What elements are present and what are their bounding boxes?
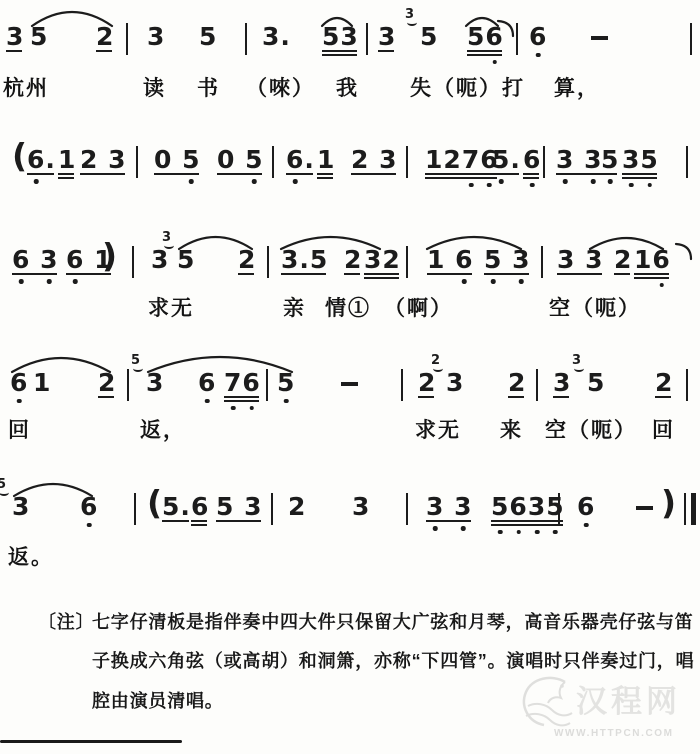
note-digit: 6 (509, 495, 527, 519)
octave-dot (553, 530, 558, 535)
duration-underline (6, 50, 22, 52)
note-token: 53 (420, 25, 438, 49)
note-token: 1 (58, 148, 76, 172)
note-token: 6. (27, 148, 56, 172)
note-digit: 3 (364, 248, 382, 272)
octave-dot (487, 183, 492, 188)
duration-underline (491, 524, 563, 526)
octave-dot (461, 526, 466, 531)
note-digit: 3 (244, 495, 262, 519)
duration-underline (601, 173, 617, 175)
note-digit: 3 (512, 248, 530, 272)
note-token: 6 (10, 371, 28, 395)
footnote-label: 〔注〕 (38, 608, 94, 634)
barline (686, 146, 688, 178)
note-digit: 0 (154, 148, 172, 172)
duration-underline (224, 396, 259, 398)
lyric-syllable: 求无 (415, 414, 461, 444)
note-token: 5 (199, 25, 217, 49)
duration-underline (217, 173, 262, 175)
note-digit (444, 495, 454, 519)
note-token: 6 (523, 148, 541, 172)
octave-dot (491, 279, 496, 284)
octave-dot (563, 179, 568, 184)
note-token: 35 (12, 495, 30, 519)
note-digit: 2 (351, 148, 369, 172)
lyric-syllable: 书 (197, 72, 220, 102)
duration-underline (27, 173, 54, 175)
duration-underline (351, 173, 396, 175)
barline (558, 493, 560, 525)
dash-note (591, 36, 608, 40)
octave-dot (530, 183, 535, 188)
note-digit: 3 (262, 25, 280, 49)
note-token: 2 (98, 371, 116, 395)
note-digit: ) (661, 491, 677, 515)
octave-dot (469, 183, 474, 188)
note-digit: 3 (379, 148, 397, 172)
note-digit (84, 248, 94, 272)
note-digit: 6 (80, 495, 98, 519)
note-digit: 3 (146, 371, 164, 395)
note-digit: 6 (523, 148, 541, 172)
note-token: 6 (577, 495, 595, 519)
duration-underline (12, 273, 57, 275)
barline (366, 23, 368, 55)
octave-dot (17, 399, 22, 404)
note-token: 5. (492, 148, 521, 172)
note-digit: 3 (557, 248, 575, 272)
note-digit: 6 (191, 495, 209, 519)
note-token: 2 (418, 371, 436, 395)
note-token: 2 3 (80, 148, 127, 172)
duration-underline (491, 520, 563, 522)
note-token: 5 3 (216, 495, 263, 519)
note-digit: 1 (634, 248, 652, 272)
note-digit: 3 (340, 25, 358, 49)
octave-dot (252, 179, 257, 184)
duration-underline (622, 173, 657, 175)
note-token: 3. (262, 25, 291, 49)
note-token: 6 (80, 495, 98, 519)
note-digit: 6 (66, 248, 84, 272)
duration-underline (344, 273, 360, 275)
note-digit: 5 (546, 495, 564, 519)
note-digit: 6 (27, 148, 45, 172)
note-digit: 3 (151, 248, 169, 272)
duration-underline (216, 520, 261, 522)
note-digit: 3 (528, 495, 546, 519)
note-token: 5 3 (484, 248, 531, 272)
lyric-syllable: 返， (140, 414, 186, 444)
lyric-syllable: 亲 (283, 292, 306, 322)
barline (126, 23, 128, 55)
note-token: 35 (622, 148, 659, 172)
duration-underline (467, 54, 502, 56)
note-token: 53 (322, 25, 359, 49)
lyric-syllable: 求无 (148, 292, 194, 322)
note-token: 6 3 (12, 248, 59, 272)
duration-underline (523, 177, 539, 179)
octave-dot (73, 279, 78, 284)
note-digit: 1 (58, 148, 76, 172)
octave-dot (629, 183, 634, 188)
octave-dot (498, 530, 503, 535)
barline (134, 493, 136, 525)
note-digit (30, 248, 40, 272)
note-digit: 5 (216, 495, 234, 519)
note-token: 3 3 (556, 148, 603, 172)
note-token: 2 (344, 248, 362, 272)
note-token: 1 (33, 371, 51, 395)
note-token: 56 (467, 25, 504, 49)
note-token: 35 (146, 371, 164, 395)
note-token: 5 (601, 148, 619, 172)
note-token: 0 5 (217, 148, 264, 172)
note-digit: 6 (485, 25, 503, 49)
duration-underline (378, 50, 394, 52)
note-digit: 3 (556, 148, 574, 172)
octave-dot (608, 179, 613, 184)
grace-note: 5 (131, 355, 143, 372)
note-token: 6 (529, 25, 547, 49)
note-token: 2 3 (351, 148, 398, 172)
note-token: 1 6 (427, 248, 474, 272)
note-digit: 3 (147, 25, 165, 49)
watermark-name: 汉程网 (576, 676, 681, 721)
duration-underline (191, 520, 207, 522)
watermark-logo-icon (518, 672, 578, 734)
octave-dot (499, 179, 504, 184)
octave-dot (284, 399, 289, 404)
note-digit: ( (147, 491, 163, 515)
barline (127, 369, 129, 401)
duration-underline (655, 396, 671, 398)
music-score: 352353.53353566杭州读书（唻）我失（呃）打算，(6.12 30 5… (0, 0, 700, 754)
note-token: 32 (364, 248, 401, 272)
note-digit: 3 (585, 248, 603, 272)
note-token: 76 (224, 371, 261, 395)
note-token: 2 (238, 248, 256, 272)
barline (272, 146, 274, 178)
duration-underline (322, 50, 357, 52)
grace-note: 2 (431, 355, 443, 372)
duration-underline (553, 396, 569, 398)
barline (541, 246, 543, 278)
note-digit: 5 (492, 148, 510, 172)
note-digit: 6 (529, 25, 547, 49)
barline (406, 146, 408, 178)
note-digit: 6 (577, 495, 595, 519)
barline (266, 369, 268, 401)
watermark-url: WWW.HTTPCN.COM (554, 728, 674, 739)
barline (684, 493, 686, 525)
duration-underline (224, 400, 259, 402)
note-digit: 2 (508, 371, 526, 395)
note-token: 2 (508, 371, 526, 395)
lyric-syllable: 打 (502, 72, 525, 102)
duration-underline (317, 177, 333, 179)
duration-underline (238, 273, 254, 275)
note-digit (235, 148, 245, 172)
note-digit: 5 (640, 148, 658, 172)
note-digit: 5 (310, 248, 328, 272)
octave-dot (87, 523, 92, 528)
note-digit: 2 (614, 248, 632, 272)
note-digit: 0 (217, 148, 235, 172)
note-token: 53 (587, 371, 605, 395)
note-digit: 3 (6, 25, 24, 49)
paren: ) (661, 491, 677, 515)
note-digit: 1 (427, 248, 445, 272)
note-digit: 3 (426, 495, 444, 519)
note-digit: 5 (467, 25, 485, 49)
note-digit: 6 (242, 371, 260, 395)
barline (543, 146, 545, 178)
note-token: 3.5 (281, 248, 328, 272)
octave-dot (293, 179, 298, 184)
note-digit: 3 (446, 371, 464, 395)
dash-note (341, 382, 358, 386)
note-digit: 1 (317, 148, 335, 172)
lyric-syllable: 情① (325, 292, 371, 322)
note-digit: 5 (182, 148, 200, 172)
note-digit: 3 (352, 495, 370, 519)
paren: ( (147, 491, 163, 515)
note-digit: 3 (108, 148, 126, 172)
note-digit: 7 (462, 148, 480, 172)
note-digit: 5 (30, 25, 48, 49)
duration-underline (58, 173, 74, 175)
duration-underline (96, 50, 112, 52)
note-digit: 3 (281, 248, 299, 272)
note-digit: 5 (601, 148, 619, 172)
note-token: 6. (286, 148, 315, 172)
octave-dot (433, 526, 438, 531)
note-digit (502, 248, 512, 272)
slur (148, 357, 292, 372)
note-digit: 5 (199, 25, 217, 49)
note-token: 3 3 (426, 495, 473, 519)
note-digit (369, 148, 379, 172)
barline (401, 369, 403, 401)
octave-dot (492, 60, 497, 65)
note-digit: 1 (33, 371, 51, 395)
note-token: 3 3 (557, 248, 604, 272)
note-token: 5. (162, 495, 191, 519)
note-digit: 2 (288, 495, 306, 519)
note-digit (234, 495, 244, 519)
note-token: 2 (288, 495, 306, 519)
duration-underline (492, 173, 519, 175)
note-token: 16 (634, 248, 671, 272)
duration-underline (317, 173, 333, 175)
lyric-syllable: 回 (652, 414, 675, 444)
duration-underline (58, 177, 74, 179)
note-digit: 3 (12, 495, 30, 519)
duration-underline (286, 173, 313, 175)
octave-dot (189, 179, 194, 184)
note-digit: ) (102, 244, 118, 268)
note-digit (172, 148, 182, 172)
dash-note (636, 506, 653, 510)
note-digit (574, 148, 584, 172)
note-digit: 5 (484, 248, 502, 272)
note-digit: 5 (245, 148, 263, 172)
note-digit (445, 248, 455, 272)
octave-dot (205, 399, 210, 404)
note-digit: 2 (443, 148, 461, 172)
note-digit: 2 (344, 248, 362, 272)
duration-underline (162, 520, 189, 522)
lyric-syllable: 算， (554, 72, 600, 102)
lyric-syllable: 杭州 (3, 72, 49, 102)
note-digit: 5 (322, 25, 340, 49)
note-digit: 2 (655, 371, 673, 395)
duration-underline (364, 273, 399, 275)
note-digit: 3 (553, 371, 571, 395)
note-digit (575, 248, 585, 272)
note-digit: 2 (96, 25, 114, 49)
note-digit: 3 (454, 495, 472, 519)
note-digit: 5 (587, 371, 605, 395)
note-digit: 6 (652, 248, 670, 272)
note-token: 1 (317, 148, 335, 172)
lyric-syllable: 回 (8, 414, 31, 444)
footnote-line-1: 七字仔清板是指伴奏中四大件只保留大广弦和月琴，高音乐器壳仔弦与笛 (92, 608, 694, 634)
octave-dot (34, 179, 39, 184)
note-token: 2 (655, 371, 673, 395)
note-digit: 3 (584, 148, 602, 172)
lyric-syllable: （啊） (384, 292, 453, 322)
grace-note: 3 (162, 232, 174, 249)
note-digit: ( (12, 144, 28, 168)
duration-underline (427, 273, 472, 275)
note-token: 5635 (491, 495, 565, 519)
note-digit (98, 148, 108, 172)
lyric-syllable: 我 (336, 72, 359, 102)
note-digit: 2 (98, 371, 116, 395)
duration-underline (634, 273, 669, 275)
note-token: 2 (96, 25, 114, 49)
barline (267, 246, 269, 278)
octave-dot (647, 183, 652, 188)
note-token: 3 (147, 25, 165, 49)
note-token: 3 (378, 25, 396, 49)
note-digit: 6 (198, 371, 216, 395)
octave-dot (19, 279, 24, 284)
octave-dot (462, 279, 467, 284)
duration-underline (523, 173, 539, 175)
octave-dot (535, 530, 540, 535)
grace-note: 5 (0, 479, 9, 496)
note-digit: . (299, 248, 310, 272)
note-digit: . (280, 25, 291, 49)
note-digit: 6 (12, 248, 30, 272)
duration-underline (484, 273, 529, 275)
barline (536, 369, 538, 401)
note-digit: 2 (382, 248, 400, 272)
duration-underline (322, 54, 357, 56)
barline (245, 23, 247, 55)
note-digit: . (510, 148, 521, 172)
note-digit: . (304, 148, 315, 172)
footnote-rule (0, 740, 182, 743)
duration-underline (614, 273, 630, 275)
duration-underline (154, 173, 199, 175)
duration-underline (80, 173, 125, 175)
note-token: 53 (177, 248, 195, 272)
note-token: 5 (30, 25, 48, 49)
paren: ) (102, 244, 118, 268)
duration-underline (634, 277, 669, 279)
octave-dot (659, 283, 664, 288)
duration-underline (98, 396, 114, 398)
duration-underline (557, 273, 602, 275)
duration-underline (364, 277, 399, 279)
note-digit: 3 (378, 25, 396, 49)
lyric-syllable: 返。 (8, 541, 54, 571)
note-digit: . (45, 148, 56, 172)
note-digit: 5 (177, 248, 195, 272)
note-digit: 5 (162, 495, 180, 519)
octave-dot (591, 179, 596, 184)
octave-dot (584, 523, 589, 528)
barline (516, 23, 518, 55)
grace-note: 3 (572, 355, 584, 372)
barline (406, 246, 408, 278)
barline (686, 369, 688, 401)
lyric-syllable: 失（呃） (410, 72, 502, 102)
octave-dot (47, 279, 52, 284)
note-token: 3 (553, 371, 571, 395)
barline (132, 246, 134, 278)
note-digit: 5 (491, 495, 509, 519)
note-digit: 5 (277, 371, 295, 395)
note-digit: 6 (455, 248, 473, 272)
note-digit: 2 (80, 148, 98, 172)
octave-dot (519, 279, 524, 284)
duration-underline (425, 177, 497, 179)
note-token: 6 (198, 371, 216, 395)
footnote-line-3: 腔由演员清唱。 (92, 687, 224, 713)
note-digit: 3 (40, 248, 58, 272)
note-digit: 1 (425, 148, 443, 172)
duration-underline (191, 524, 207, 526)
lyric-syllable: 来 (500, 414, 523, 444)
lyric-syllable: 空（呃） (549, 292, 641, 322)
note-digit: 2 (418, 371, 436, 395)
duration-underline (556, 173, 601, 175)
octave-dot (249, 406, 254, 411)
grace-note: 3 (405, 9, 417, 26)
barline-final (691, 493, 696, 525)
barline (406, 493, 408, 525)
octave-dot (231, 406, 236, 411)
note-token: 3 (352, 495, 370, 519)
octave-dot (536, 53, 541, 58)
note-digit: 3 (622, 148, 640, 172)
barline (690, 23, 692, 55)
duration-underline (281, 273, 326, 275)
note-token: 32 (446, 371, 464, 395)
note-token: 3 (151, 248, 169, 272)
note-digit: 5 (420, 25, 438, 49)
barline (271, 493, 273, 525)
lyric-syllable: 读 (143, 72, 166, 102)
duration-underline (426, 520, 471, 522)
tie-hook (676, 244, 691, 259)
